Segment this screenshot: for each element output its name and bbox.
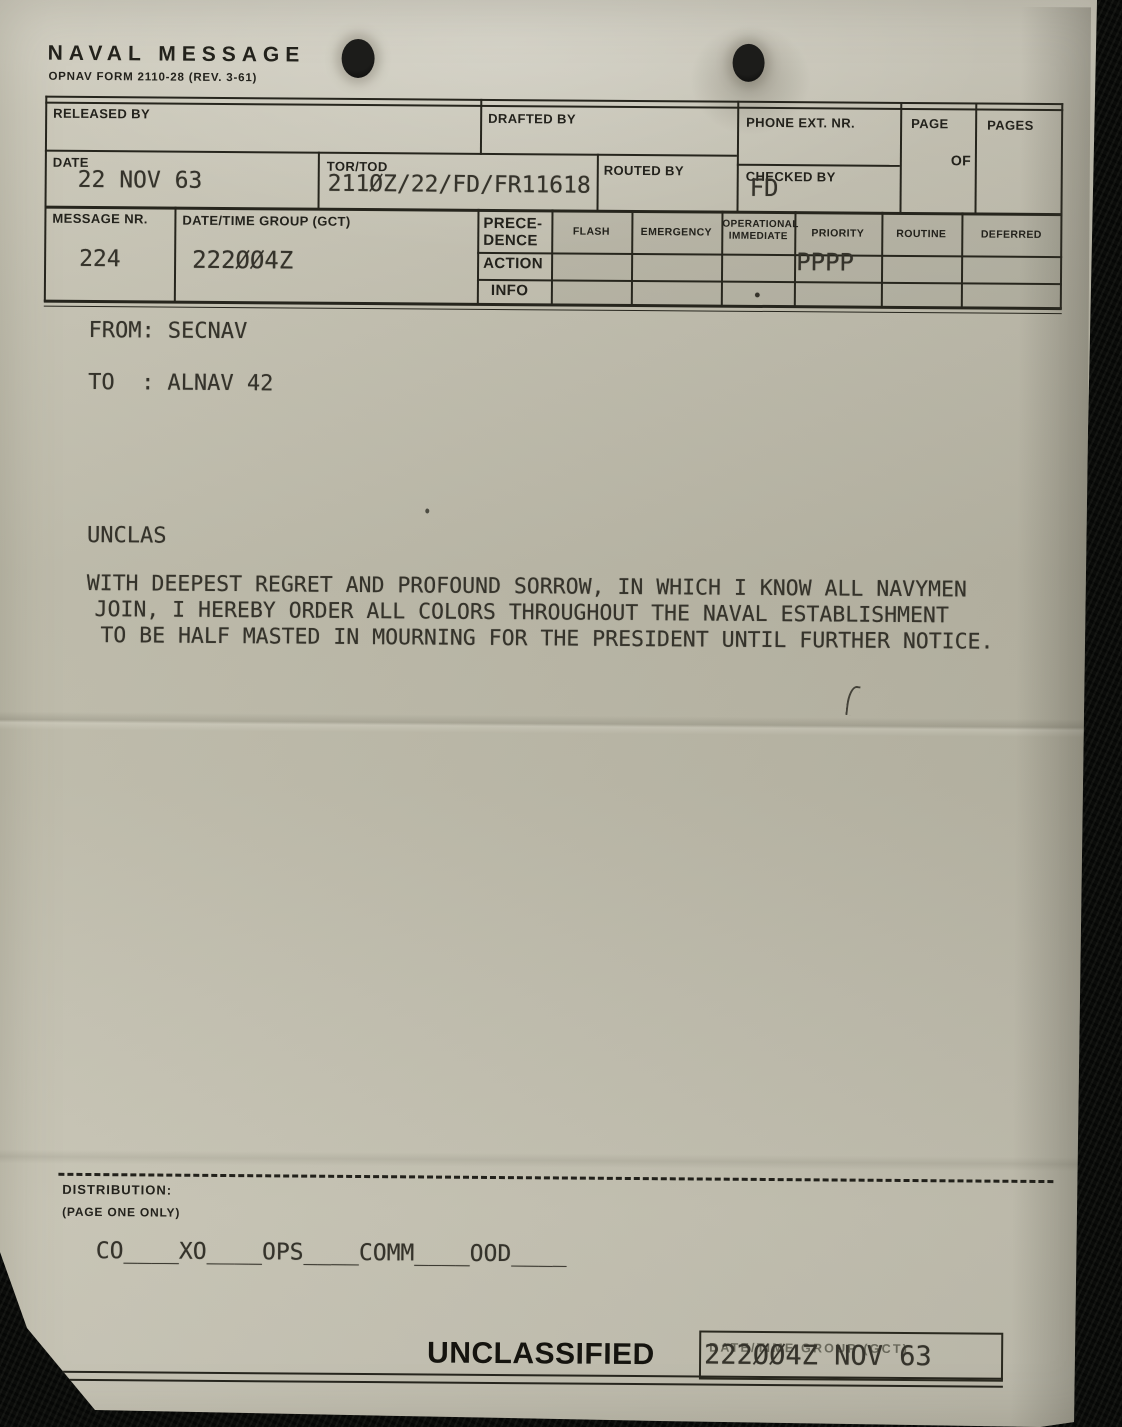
grid-line <box>174 207 177 303</box>
precedence-col-operational-immediate: OPERATIONAL IMMEDIATE <box>722 219 794 244</box>
to-value: ALNAV 42 <box>167 371 273 397</box>
info-row-label: INFO <box>491 282 529 299</box>
precedence-col-deferred: DEFERRED <box>961 228 1061 241</box>
document-content: NAVAL MESSAGE OPNAV FORM 2110-28 (REV. 3… <box>0 0 1122 1427</box>
of-label: OF <box>951 152 971 168</box>
grid-line <box>551 209 554 305</box>
distribution-divider <box>58 1173 1053 1183</box>
action-row-label: ACTION <box>483 255 543 272</box>
released-by-label: RELEASED BY <box>53 106 150 122</box>
distribution-label: DISTRIBUTION: <box>62 1182 172 1198</box>
grid-line <box>480 99 482 155</box>
to-label: TO : <box>88 370 154 395</box>
punch-hole-right <box>732 44 764 82</box>
precedence-col-emergency: EMERGENCY <box>631 226 721 239</box>
grid-line <box>44 96 48 302</box>
grid-line <box>961 212 964 308</box>
routed-by-label: ROUTED BY <box>604 163 684 179</box>
fold-crease <box>0 711 1118 737</box>
grid-line <box>45 150 737 157</box>
grid-line <box>477 279 1062 285</box>
footer-classification: UNCLASSIFIED <box>427 1337 655 1373</box>
edge-shadow <box>1011 7 1091 1427</box>
grid-line <box>631 210 634 306</box>
to-line: TO :ALNAV 42 <box>88 370 273 396</box>
info-operational-mark: • <box>721 286 794 306</box>
grid-line <box>736 101 739 213</box>
message-nr-label: MESSAGE NR. <box>52 211 148 227</box>
distribution-note: (PAGE ONE ONLY) <box>62 1205 180 1220</box>
from-value: SECNAV <box>168 319 248 345</box>
photo-backdrop: NAVAL MESSAGE OPNAV FORM 2110-28 (REV. 3… <box>0 0 1122 1427</box>
precedence-col-priority: PRIORITY <box>794 227 881 240</box>
phone-ext-label: PHONE EXT. NR. <box>746 115 855 131</box>
grid-line <box>974 102 977 214</box>
distribution-line: CO____XO____OPS____COMM____OOD____ <box>96 1238 567 1267</box>
dtg-stamp-box: DATE/TIME GROUP (GCT) 222ØØ4Z NOV 63 <box>699 1330 1003 1381</box>
punch-hole-left <box>341 39 374 78</box>
pages-label: PAGES <box>987 118 1034 133</box>
precedence-col-routine: ROUTINE <box>881 228 961 241</box>
dtg-stamp-value: 222ØØ4Z NOV 63 <box>704 1340 932 1373</box>
checked-by-value: FD <box>750 174 779 202</box>
dtg-value: 222ØØ4Z <box>192 246 293 275</box>
grid-line <box>899 102 902 214</box>
document-paper: NAVAL MESSAGE OPNAV FORM 2110-28 (REV. 3… <box>0 0 1122 1427</box>
dtg-label: DATE/TIME GROUP (GCT) <box>182 213 350 229</box>
grid-line <box>1060 103 1064 309</box>
tor-tod-value: 211ØZ/22/FD/FR11618 <box>328 171 591 199</box>
message-nr-value: 224 <box>79 246 121 272</box>
grid-line <box>317 152 319 210</box>
page-label: PAGE <box>911 116 949 131</box>
precedence-label-line1: PRECE- <box>483 215 542 232</box>
from-label: FROM: <box>89 318 155 343</box>
precedence-label: PRECE-DENCE <box>483 215 542 249</box>
grid-line <box>477 252 1062 258</box>
action-priority-value: PPPP <box>796 248 854 276</box>
message-body: WITH DEEPEST REGRET AND PROFOUND SORROW,… <box>86 571 994 656</box>
precedence-col-flash: FLASH <box>551 225 631 238</box>
fold-crease <box>0 1149 1115 1171</box>
form-number: OPNAV FORM 2110-28 (REV. 3-61) <box>48 71 257 85</box>
date-value: 22 NOV 63 <box>78 167 203 194</box>
pen-mark <box>845 685 860 716</box>
ink-speck <box>425 508 429 513</box>
grid-line <box>881 212 884 308</box>
drafted-by-label: DRAFTED BY <box>488 111 576 127</box>
grid-line <box>477 209 480 305</box>
classification-line: UNCLAS <box>87 523 167 549</box>
from-line: FROM:SECNAV <box>89 318 248 344</box>
grid-line <box>737 164 900 167</box>
precedence-label-line2: DENCE <box>483 232 542 249</box>
grid-line <box>596 154 598 212</box>
body-line-3: TO BE HALF MASTED IN MOURNING FOR THE PR… <box>100 623 993 656</box>
form-title: NAVAL MESSAGE <box>48 42 306 68</box>
